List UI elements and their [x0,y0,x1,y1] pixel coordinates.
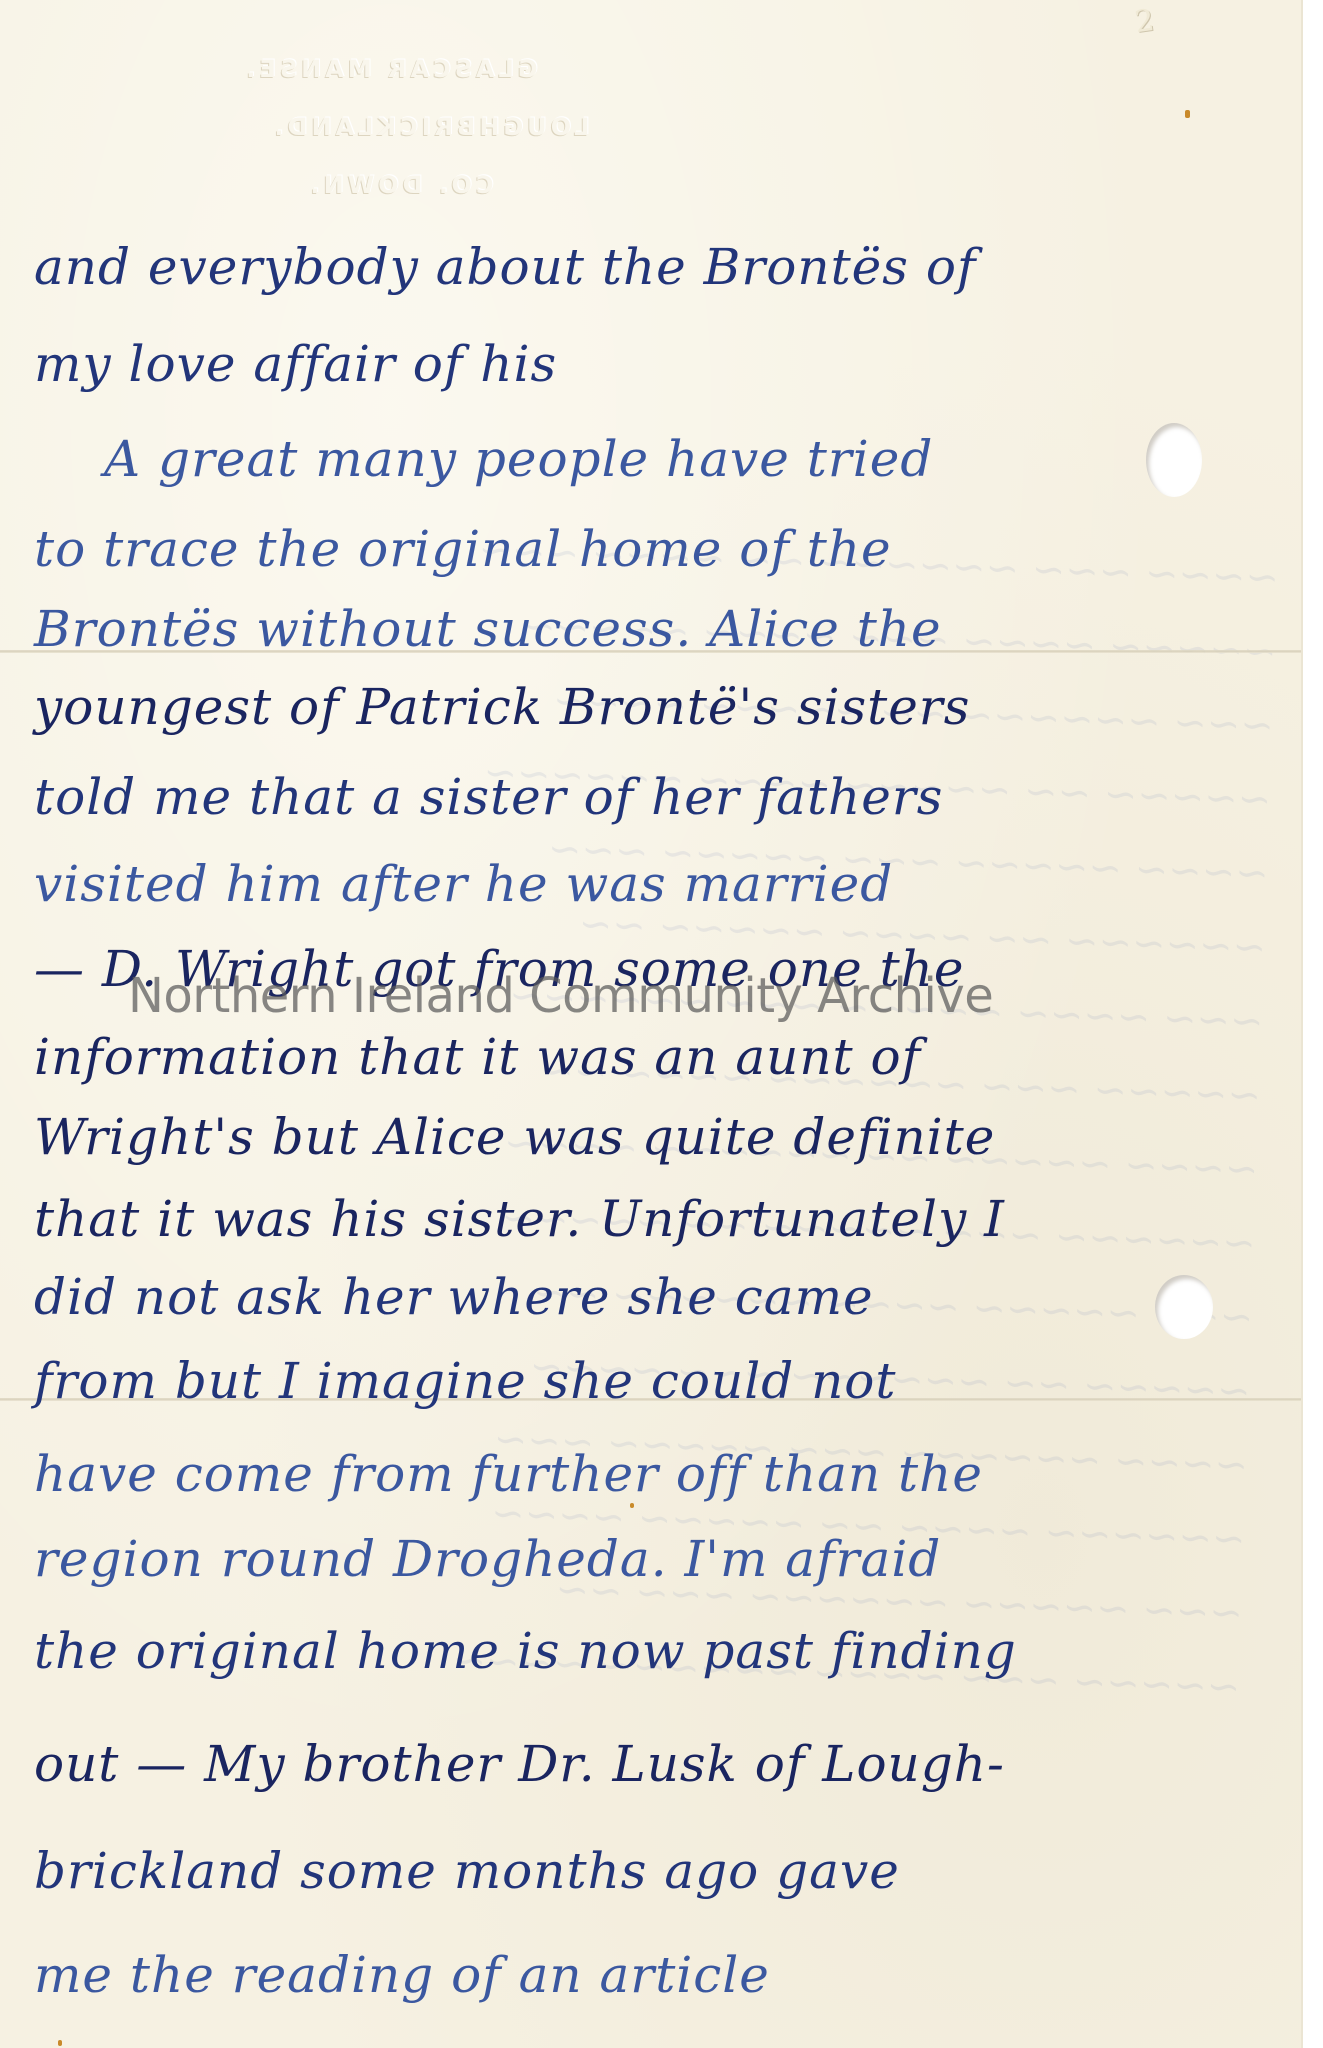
handwritten-line: my love affair of his [34,335,557,393]
handwritten-line: and everybody about the Brontës of [34,238,976,296]
handwritten-line: region round Drogheda. I'm afraid [34,1530,941,1588]
handwritten-line: A great many people have tried [104,430,933,488]
handwritten-line: out — My brother Dr. Lusk of Lough- [34,1735,1005,1793]
paper-speck [630,1503,634,1508]
letterhead-line: LOUGHBRICKLAND. [150,98,710,156]
punch-hole [1146,423,1202,497]
handwritten-line: information that it was an aunt of [34,1028,921,1086]
handwritten-line: Wright's but Alice was quite definite [34,1108,995,1166]
handwritten-line: from but I imagine she could not [34,1352,897,1410]
handwritten-line: visited him after he was married [34,855,893,913]
handwritten-line: did not ask her where she came [34,1268,874,1326]
letterhead-line: GLASCAR MANSE. [150,40,630,98]
handwritten-line: youngest of Patrick Brontë's sisters [34,678,970,736]
handwritten-line: told me that a sister of her fathers [34,768,943,826]
handwritten-line: have come from further off than the [34,1445,983,1503]
handwritten-line: that it was his sister. Unfortunately I [34,1190,1005,1248]
handwritten-line: to trace the original home of the [34,520,892,578]
letterhead-line: CO. DOWN. [150,156,650,214]
letter-page: ~~~~ ~~~ ~~~~~~ ~~ ~~~~ ~~~ ~~~~~ ~~~~ ~… [0,0,1303,2048]
handwritten-line: the original home is now past finding [34,1622,1017,1680]
punch-hole [1155,1275,1213,1339]
page-number: 2 [1133,3,1157,40]
embossed-letterhead: GLASCAR MANSE. LOUGHBRICKLAND. CO. DOWN. [150,40,710,214]
handwritten-line: Brontës without success. Alice the [34,600,942,658]
paper-speck [1185,110,1190,118]
archive-watermark: Northern Ireland Community Archive [128,968,993,1024]
handwritten-line: me the reading of an article [34,1946,770,2004]
paper-speck [58,2040,62,2046]
handwritten-line: brickland some months ago gave [34,1842,900,1900]
